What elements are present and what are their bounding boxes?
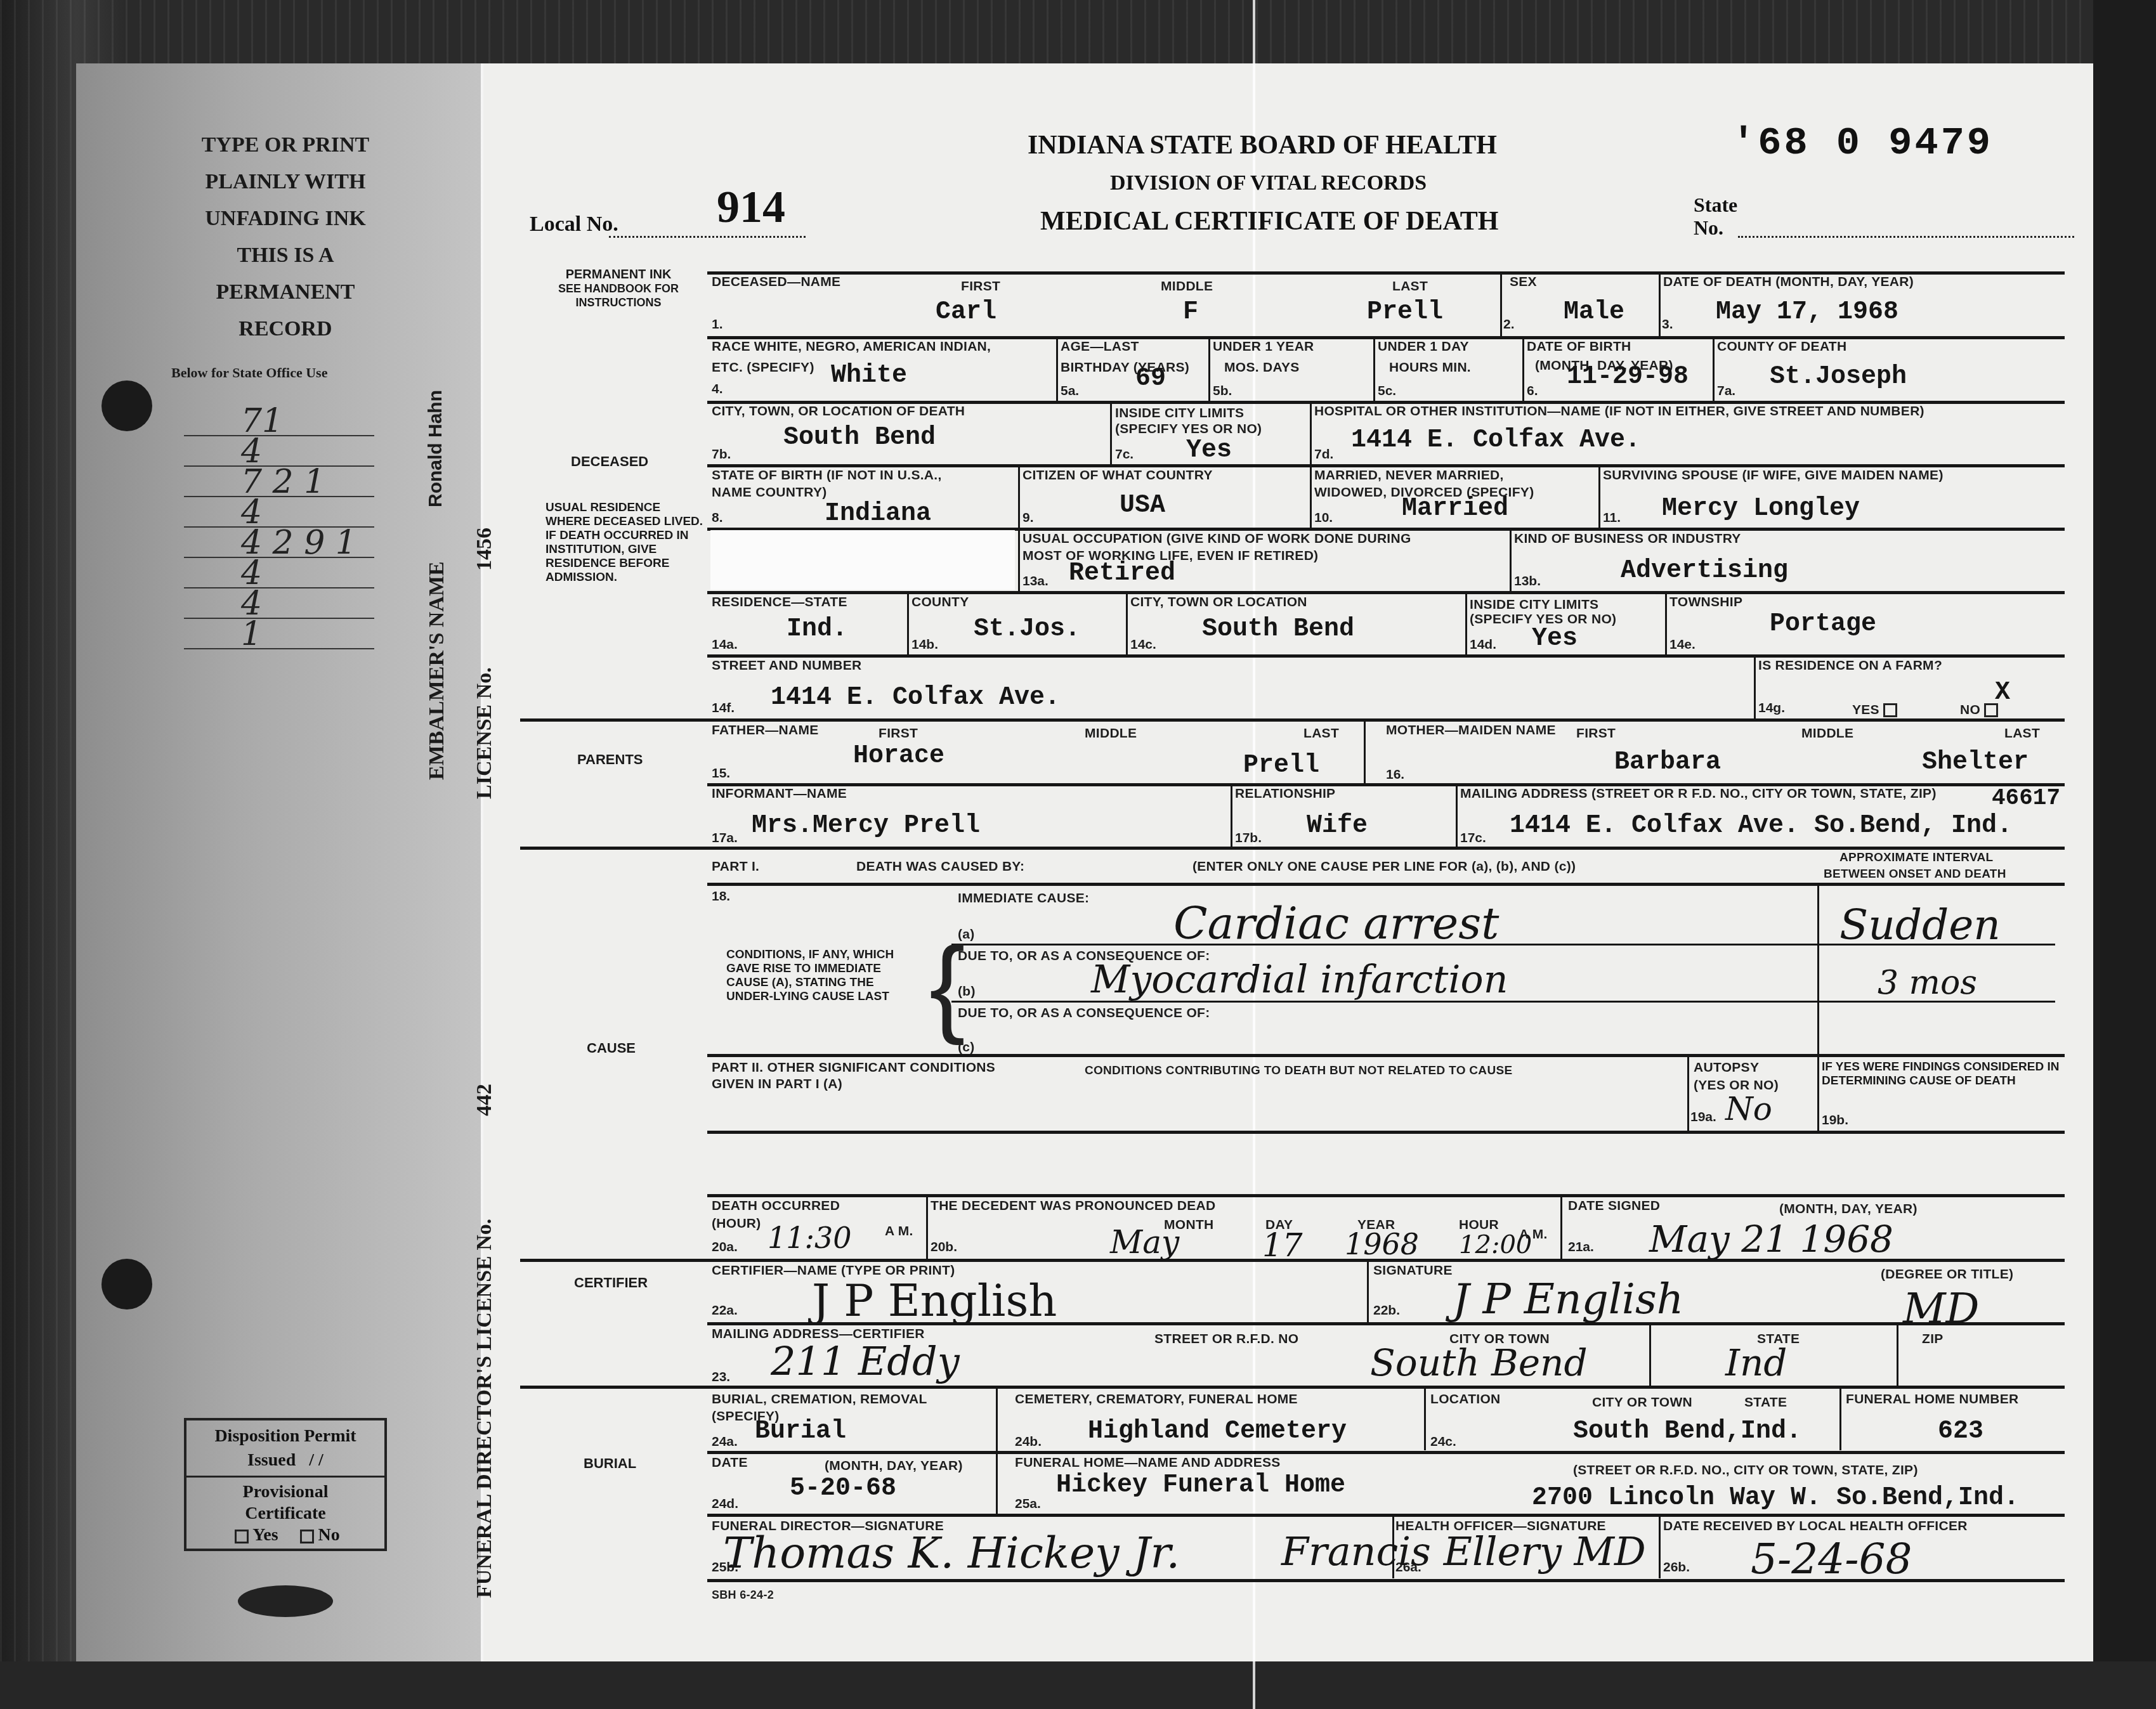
pronounced-day-value: 17	[1262, 1227, 1303, 1264]
findings-label: IF YES WERE FINDINGS CONSIDERED IN DETER…	[1822, 1060, 2063, 1088]
field-number: 4.	[712, 382, 723, 397]
field-number: 21a.	[1568, 1240, 1594, 1255]
rule	[1510, 529, 1512, 592]
location-label: LOCATION	[1430, 1392, 1501, 1407]
certifier-signature: J P English	[1453, 1275, 1683, 1323]
provisional-no-checkbox[interactable]	[300, 1530, 314, 1543]
state-of-birth-value: Indiana	[825, 500, 931, 528]
degree-label: (DEGREE OR TITLE)	[1881, 1267, 2013, 1282]
yes-label: Yes	[252, 1525, 278, 1545]
residence-city-label: CITY, TOWN OR LOCATION	[1130, 595, 1307, 610]
rule	[1367, 1260, 1369, 1323]
date-format-label: (MONTH, DAY, YEAR)	[1779, 1202, 1918, 1217]
field-number: 23.	[712, 1370, 730, 1385]
received-label: DATE RECEIVED BY LOCAL HEALTH OFFICER	[1663, 1519, 1968, 1534]
farm-no-option[interactable]: NO	[1960, 703, 1998, 718]
state-no-line	[1738, 236, 2074, 238]
permit-title: Disposition Permit	[186, 1424, 384, 1448]
inside-limits-value: Yes	[1186, 436, 1232, 465]
rule	[1839, 1387, 1841, 1450]
seal-stamp	[238, 1585, 333, 1617]
farm-yes-option[interactable]: YES	[1852, 703, 1897, 718]
funeral-home-label: FUNERAL HOME—NAME AND ADDRESS	[1015, 1455, 1281, 1471]
field-number: 24a.	[712, 1434, 738, 1450]
notice-line: PERMANENT	[178, 274, 393, 311]
rule	[1500, 273, 1502, 336]
issued-value: / /	[309, 1450, 323, 1470]
middle-name-value: F	[1183, 298, 1198, 327]
field-number: 7d.	[1314, 447, 1333, 462]
inside-limits-label: INSIDE CITY LIMITS	[1115, 406, 1244, 421]
date-signed-value: May 21 1968	[1649, 1218, 1893, 1261]
rule	[1817, 884, 1819, 1055]
middle-label: MIDDLE	[1801, 726, 1853, 741]
date-of-death-value: May 17, 1968	[1716, 298, 1898, 327]
pronounced-year-value: 1968	[1345, 1227, 1419, 1261]
field-number: 14a.	[712, 637, 738, 653]
rule	[1364, 720, 1366, 783]
last-label: LAST	[1392, 279, 1428, 294]
death-occurred-label: (HOUR)	[712, 1216, 761, 1231]
under-year-label: MOS. DAYS	[1224, 360, 1300, 375]
enter-one-label: (ENTER ONLY ONE CAUSE PER LINE FOR (a), …	[1192, 859, 1576, 874]
dob-label: DATE OF BIRTH	[1527, 339, 1631, 354]
conditions-label: CONDITIONS, IF ANY, WHICH GAVE RISE TO I…	[726, 948, 923, 1004]
field-number: 24c.	[1430, 1434, 1456, 1450]
hospital-value: 1414 E. Colfax Ave.	[1351, 426, 1640, 455]
field-number: 19b.	[1822, 1113, 1848, 1128]
form-code: SBH 6-24-2	[712, 1589, 774, 1602]
first-label: FIRST	[879, 726, 918, 741]
rule	[707, 1514, 2065, 1517]
field-number: 15.	[712, 766, 730, 781]
notice-line: PLAINLY WITH	[178, 164, 393, 200]
death-hour-value: 11:30	[768, 1221, 852, 1255]
scan-right-edge	[2093, 0, 2156, 1709]
field-number: 17a.	[712, 831, 738, 846]
burial-method-label: BURIAL, CREMATION, REMOVAL	[712, 1392, 927, 1407]
cause-a-value: Cardiac arrest	[1173, 897, 1499, 949]
license-label: LICENSE No.	[473, 667, 497, 799]
degree-value: MD	[1903, 1284, 1980, 1333]
rule	[707, 654, 2065, 658]
industry-label: KIND OF BUSINESS OR INDUSTRY	[1514, 531, 1741, 547]
ampm-label: A M.	[1519, 1227, 1548, 1242]
county-of-death-label: COUNTY OF DEATH	[1717, 339, 1846, 354]
city-of-death-value: South Bend	[783, 424, 936, 452]
under-year-label: UNDER 1 YEAR	[1213, 339, 1314, 354]
rule	[520, 718, 2065, 722]
rule	[1126, 592, 1128, 656]
rule	[1659, 1515, 1661, 1578]
age-label: AGE—LAST	[1061, 339, 1139, 354]
signature-label: SIGNATURE	[1373, 1263, 1453, 1278]
scan-bottom-edge	[0, 1661, 2156, 1709]
rule	[520, 847, 2065, 850]
field-number: 9.	[1022, 510, 1034, 526]
residence-county-value: St.Jos.	[974, 615, 1080, 644]
issued-label: Issued	[247, 1450, 296, 1470]
street-value: 1414 E. Colfax Ave.	[771, 684, 1060, 712]
farm-mark: X	[1995, 679, 2010, 707]
pronounced-month-value: May	[1110, 1224, 1179, 1261]
rule	[1310, 465, 1312, 529]
state-label: State	[1694, 193, 1737, 216]
no-label: No	[318, 1525, 340, 1545]
field-number: 8.	[712, 510, 723, 526]
permanent-ink-label: PERMANENT INK SEE HANDBOOK FOR INSTRUCTI…	[542, 268, 695, 309]
father-label: FATHER—NAME	[712, 723, 819, 738]
field-number: 26b.	[1663, 1560, 1690, 1575]
cemetery-label: CEMETERY, CREMATORY, FUNERAL HOME	[1015, 1392, 1298, 1407]
occupation-value: Retired	[1069, 559, 1175, 588]
street-label: STREET AND NUMBER	[712, 658, 862, 673]
rule	[1110, 402, 1112, 465]
form-title: MEDICAL CERTIFICATE OF DEATH	[1040, 206, 1498, 237]
notice-line: UNFADING INK	[178, 200, 393, 237]
citizen-value: USA	[1120, 491, 1165, 520]
ampm-label: A M.	[885, 1224, 913, 1239]
certifier-state-value: Ind	[1725, 1341, 1787, 1384]
first-label: FIRST	[1576, 726, 1616, 741]
field-number: 20b.	[931, 1240, 957, 1255]
first-label: FIRST	[961, 279, 1000, 294]
rule	[1456, 784, 1458, 848]
field-number: 11.	[1603, 510, 1621, 526]
state-office-entries: 71 4 7 2 1 4 4 2 9 1 4 4 1	[184, 406, 374, 649]
rule	[707, 1131, 2065, 1134]
farm-yes-checkbox[interactable]	[1883, 703, 1897, 717]
field-number: 14g.	[1758, 701, 1785, 716]
field-number: 14d.	[1470, 637, 1496, 653]
relationship-value: Wife	[1307, 812, 1368, 840]
received-date-value: 5-24-68	[1751, 1535, 1912, 1583]
redacted-field	[710, 530, 1015, 590]
rule	[707, 883, 2065, 886]
rule	[1659, 273, 1661, 336]
fh-number-label: FUNERAL HOME NUMBER	[1846, 1392, 2018, 1407]
notice-line: THIS IS A	[178, 237, 393, 274]
mother-first-value: Barbara	[1614, 748, 1721, 777]
rule	[707, 1054, 2065, 1057]
director-signature: Thomas K. Hickey Jr.	[723, 1528, 1180, 1578]
marital-label: MARRIED, NEVER MARRIED,	[1314, 468, 1504, 483]
rule	[996, 1387, 998, 1514]
no-label: NO	[1960, 703, 1980, 717]
mother-last-value: Shelter	[1922, 748, 2029, 777]
burial-date-value: 5-20-68	[790, 1474, 896, 1503]
state-no-label: State No.	[1694, 193, 1737, 239]
provisional-yes-checkbox[interactable]	[235, 1530, 249, 1543]
last-name-value: Prell	[1367, 298, 1443, 327]
funeral-home-name-value: Hickey Funeral Home	[1056, 1471, 1345, 1500]
last-label: LAST	[2004, 726, 2040, 741]
state-label: STATE	[1744, 1395, 1787, 1410]
mailing-address-label: MAILING ADDRESS (STREET OR R F.D. NO., C…	[1460, 786, 1937, 802]
rule	[1897, 1323, 1898, 1387]
print-notice: TYPE OR PRINT PLAINLY WITH UNFADING INK …	[178, 127, 393, 348]
field-number: 14e.	[1669, 637, 1695, 653]
rule	[1713, 337, 1715, 401]
hospital-label: HOSPITAL OR OTHER INSTITUTION—NAME (IF N…	[1314, 404, 1924, 419]
location-value: South Bend,Ind.	[1573, 1417, 1801, 1446]
brace: {	[929, 932, 965, 1040]
field-number: 2.	[1503, 317, 1515, 332]
rule	[1522, 337, 1524, 401]
interval-a-value: Sudden	[1839, 900, 2001, 949]
part1-label: PART I.	[712, 859, 759, 874]
city-of-death-label: CITY, TOWN, OR LOCATION OF DEATH	[712, 404, 965, 419]
interval-label: BETWEEN ONSET AND DEATH	[1824, 867, 2006, 881]
township-label: TOWNSHIP	[1669, 595, 1742, 610]
notice-line: RECORD	[178, 311, 393, 348]
field-number: 14b.	[911, 637, 938, 653]
section-parents: PARENTS	[577, 751, 643, 768]
state-office-entry: 4	[184, 497, 374, 528]
residence-state-label: RESIDENCE—STATE	[712, 595, 847, 610]
rule	[907, 592, 909, 656]
rule	[1208, 337, 1210, 401]
state-office-entry: 4	[184, 436, 374, 467]
rule	[1231, 784, 1232, 848]
residence-inside-label: INSIDE CITY LIMITS	[1470, 597, 1598, 613]
field-number: 13b.	[1514, 574, 1541, 589]
rule	[1465, 592, 1467, 656]
notice-line: TYPE OR PRINT	[178, 127, 393, 164]
relationship-label: RELATIONSHIP	[1235, 786, 1335, 802]
field-number: 3.	[1662, 317, 1673, 332]
certifier-street-value: 211 Eddy	[771, 1338, 960, 1384]
field-number: 14c.	[1130, 637, 1156, 653]
middle-label: MIDDLE	[1161, 279, 1213, 294]
race-value: White	[831, 361, 907, 390]
state-office-entry: 4	[184, 588, 374, 619]
race-label: RACE WHITE, NEGRO, AMERICAN INDIAN,	[712, 339, 991, 354]
field-number: 22b.	[1373, 1303, 1400, 1318]
inside-limits-label: (SPECIFY YES OR NO)	[1115, 422, 1262, 437]
section-deceased: DECEASED	[571, 453, 648, 470]
race-label: ETC. (SPECIFY)	[712, 360, 814, 375]
rule	[1665, 592, 1667, 656]
contributing-label: CONDITIONS CONTRIBUTING TO DEATH BUT NOT…	[1085, 1064, 1512, 1078]
rule	[1560, 1195, 1562, 1259]
field-number: 5c.	[1378, 384, 1396, 399]
sex-value: Male	[1564, 298, 1624, 327]
rule	[1754, 656, 1756, 719]
mother-label: MOTHER—MAIDEN NAME	[1386, 723, 1556, 738]
address-format-label: (STREET OR R.F.D. NO., CITY OR TOWN, STA…	[1573, 1463, 1918, 1478]
residence-city-value: South Bend	[1202, 615, 1354, 644]
state-office-entry: 4 2 9 1	[184, 528, 374, 558]
see-handbook: SEE HANDBOOK FOR INSTRUCTIONS	[542, 282, 695, 309]
division-title: DIVISION OF VITAL RECORDS	[1110, 171, 1427, 195]
cemetery-value: Highland Cemetery	[1088, 1417, 1347, 1446]
agency-title: INDIANA STATE BOARD OF HEALTH	[1028, 130, 1497, 160]
rule	[707, 591, 2065, 594]
embalmer-name: Ronald Hahn	[425, 390, 447, 507]
burial-date-label: DATE	[712, 1455, 748, 1471]
rule	[1310, 402, 1312, 465]
residence-state-value: Ind.	[787, 615, 847, 644]
under-day-label: HOURS MIN.	[1389, 360, 1471, 375]
mailing-zip-value: 46617	[1992, 785, 2060, 811]
marital-value: Married	[1402, 495, 1508, 523]
father-first-value: Horace	[853, 742, 944, 770]
field-number: 19a.	[1690, 1110, 1716, 1125]
state-office-entry: 71	[184, 406, 374, 436]
under-day-label: UNDER 1 DAY	[1378, 339, 1469, 354]
zip-label: ZIP	[1922, 1332, 1944, 1347]
dob-value: 11-29-98	[1567, 363, 1689, 391]
pronounced-label: THE DECEDENT WAS PRONOUNCED DEAD	[931, 1199, 1215, 1214]
license-number: 1456	[473, 528, 497, 571]
field-number: 17b.	[1235, 831, 1262, 846]
date-format-label: (MONTH, DAY, YEAR)	[825, 1459, 963, 1474]
farm-label: IS RESIDENCE ON A FARM?	[1758, 658, 1942, 673]
rule	[1424, 1387, 1426, 1450]
field-number: 24d.	[712, 1497, 738, 1512]
state-office-use-label: Below for State Office Use	[171, 365, 327, 381]
yes-label: YES	[1852, 703, 1879, 717]
disposition-permit-box: Disposition Permit Issued / / Provisiona…	[184, 1418, 387, 1551]
informant-label: INFORMANT—NAME	[712, 786, 847, 802]
field-number: 20a.	[712, 1240, 738, 1255]
part2-label: GIVEN IN PART I (A)	[712, 1077, 842, 1092]
rule	[1817, 1055, 1819, 1131]
field-number: 10.	[1314, 510, 1333, 526]
immediate-cause-label: IMMEDIATE CAUSE:	[958, 891, 1089, 906]
state-of-birth-label: NAME COUNTRY)	[712, 485, 827, 500]
field-number: 7a.	[1717, 384, 1735, 399]
field-number: 13a.	[1022, 574, 1049, 589]
father-last-value: Prell	[1243, 751, 1319, 780]
local-no-line	[609, 236, 806, 238]
citizen-label: CITIZEN OF WHAT COUNTRY	[1022, 468, 1213, 483]
certificate-label: Certificate	[186, 1503, 384, 1524]
age-label: BIRTHDAY (YEARS)	[1061, 360, 1189, 375]
last-label: LAST	[1303, 726, 1339, 741]
first-name-value: Carl	[936, 298, 996, 327]
rule	[1687, 1055, 1689, 1131]
date-signed-label: DATE SIGNED	[1568, 1199, 1660, 1214]
dod-label: DATE OF DEATH (MONTH, DAY, YEAR)	[1663, 275, 1914, 290]
field-number: 6.	[1527, 384, 1538, 399]
informant-value: Mrs.Mercy Prell	[752, 812, 980, 840]
field-number: 25a.	[1015, 1497, 1041, 1512]
field-number: 24b.	[1015, 1434, 1042, 1450]
funeral-home-address-value: 2700 Lincoln Way W. So.Bend,Ind.	[1532, 1484, 2019, 1512]
rule	[1649, 1323, 1651, 1387]
fd-license-number: 442	[473, 1084, 497, 1116]
section-burial: BURIAL	[584, 1455, 636, 1472]
rule	[1373, 337, 1375, 401]
township-value: Portage	[1770, 610, 1876, 639]
field-number: 16.	[1386, 767, 1404, 783]
section-certifier: CERTIFIER	[574, 1275, 648, 1291]
interval-label: APPROXIMATE INTERVAL	[1839, 851, 1993, 865]
field-number: 5b.	[1213, 384, 1232, 399]
sex-label: SEX	[1510, 275, 1537, 290]
spouse-value: Mercy Longley	[1662, 495, 1860, 523]
rule	[520, 1386, 2065, 1389]
autopsy-label: AUTOPSY	[1694, 1060, 1759, 1075]
field-number: 18.	[712, 889, 730, 904]
death-occurred-label: DEATH OCCURRED	[712, 1199, 840, 1214]
field-number: 7c.	[1115, 447, 1134, 462]
fh-number-value: 623	[1938, 1417, 1983, 1446]
state-office-entry: 7 2 1	[184, 467, 374, 497]
certifier-name-value: J P English	[812, 1275, 1057, 1327]
no-label: No.	[1694, 216, 1737, 239]
autopsy-value: No	[1725, 1091, 1772, 1127]
field-number: 1.	[712, 317, 723, 332]
burial-method-value: Burial	[755, 1417, 846, 1446]
part2-label: PART II. OTHER SIGNIFICANT CONDITIONS	[712, 1060, 995, 1075]
field-number: 7b.	[712, 447, 731, 462]
state-of-birth-label: STATE OF BIRTH (IF NOT IN U.S.A.,	[712, 468, 942, 483]
fd-license-label: FUNERAL DIRECTOR'S LICENSE No.	[473, 1219, 497, 1598]
section-cause: CAUSE	[587, 1040, 636, 1056]
industry-value: Advertising	[1621, 557, 1788, 585]
punch-hole	[101, 1259, 152, 1309]
rule	[1056, 337, 1058, 401]
field-number: 14f.	[712, 701, 735, 716]
rule	[1018, 465, 1020, 592]
state-no: '68 0 9479	[1732, 120, 1993, 166]
age-value: 69	[1135, 365, 1166, 393]
county-of-death-value: St.Joseph	[1770, 363, 1907, 391]
rule	[707, 464, 2065, 467]
permanent-ink: PERMANENT INK	[542, 268, 695, 282]
middle-label: MIDDLE	[1085, 726, 1137, 741]
spouse-label: SURVIVING SPOUSE (IF WIFE, GIVE MAIDEN N…	[1603, 468, 1944, 483]
rule	[707, 1451, 2065, 1454]
residence-county-label: COUNTY	[911, 595, 969, 610]
residence-inside-value: Yes	[1532, 625, 1578, 653]
state-office-entry: 4	[184, 558, 374, 588]
cause-b-value: Myocardial infarction	[1091, 958, 1508, 1002]
field-number: 22a.	[712, 1303, 738, 1318]
mailing-address-value: 1414 E. Colfax Ave. So.Bend, Ind.	[1510, 812, 2012, 840]
punch-hole	[101, 380, 152, 431]
interval-b-value: 3 mos	[1878, 964, 1977, 1002]
local-no-label: Local No.	[530, 212, 618, 237]
rule	[707, 1194, 2065, 1197]
field-number: 17c.	[1460, 831, 1486, 846]
provisional-label: Provisional	[186, 1481, 384, 1503]
certifier-city-value: South Bend	[1370, 1341, 1588, 1384]
caused-by-label: DEATH WAS CAUSED BY:	[856, 859, 1024, 874]
state-office-entry: 1	[184, 619, 374, 649]
usual-residence-note: USUAL RESIDENCE WHERE DECEASED LIVED. IF…	[546, 501, 704, 585]
field-number: 5a.	[1061, 384, 1079, 399]
health-officer-signature: Francis Ellery MD	[1281, 1528, 1646, 1575]
city-label: CITY OR TOWN	[1592, 1395, 1692, 1410]
occupation-label: USUAL OCCUPATION (GIVE KIND OF WORK DONE…	[1022, 531, 1411, 547]
street-label: STREET OR R.F.D. NO	[1154, 1332, 1298, 1347]
embalmer-label: EMBALMER'S NAME	[425, 561, 449, 780]
rule	[1598, 465, 1600, 529]
local-no: 914	[717, 181, 785, 233]
due-to-label: DUE TO, OR AS A CONSEQUENCE OF:	[958, 1006, 1210, 1021]
deceased-name-label: DECEASED—NAME	[712, 275, 840, 290]
rule	[926, 1195, 928, 1259]
